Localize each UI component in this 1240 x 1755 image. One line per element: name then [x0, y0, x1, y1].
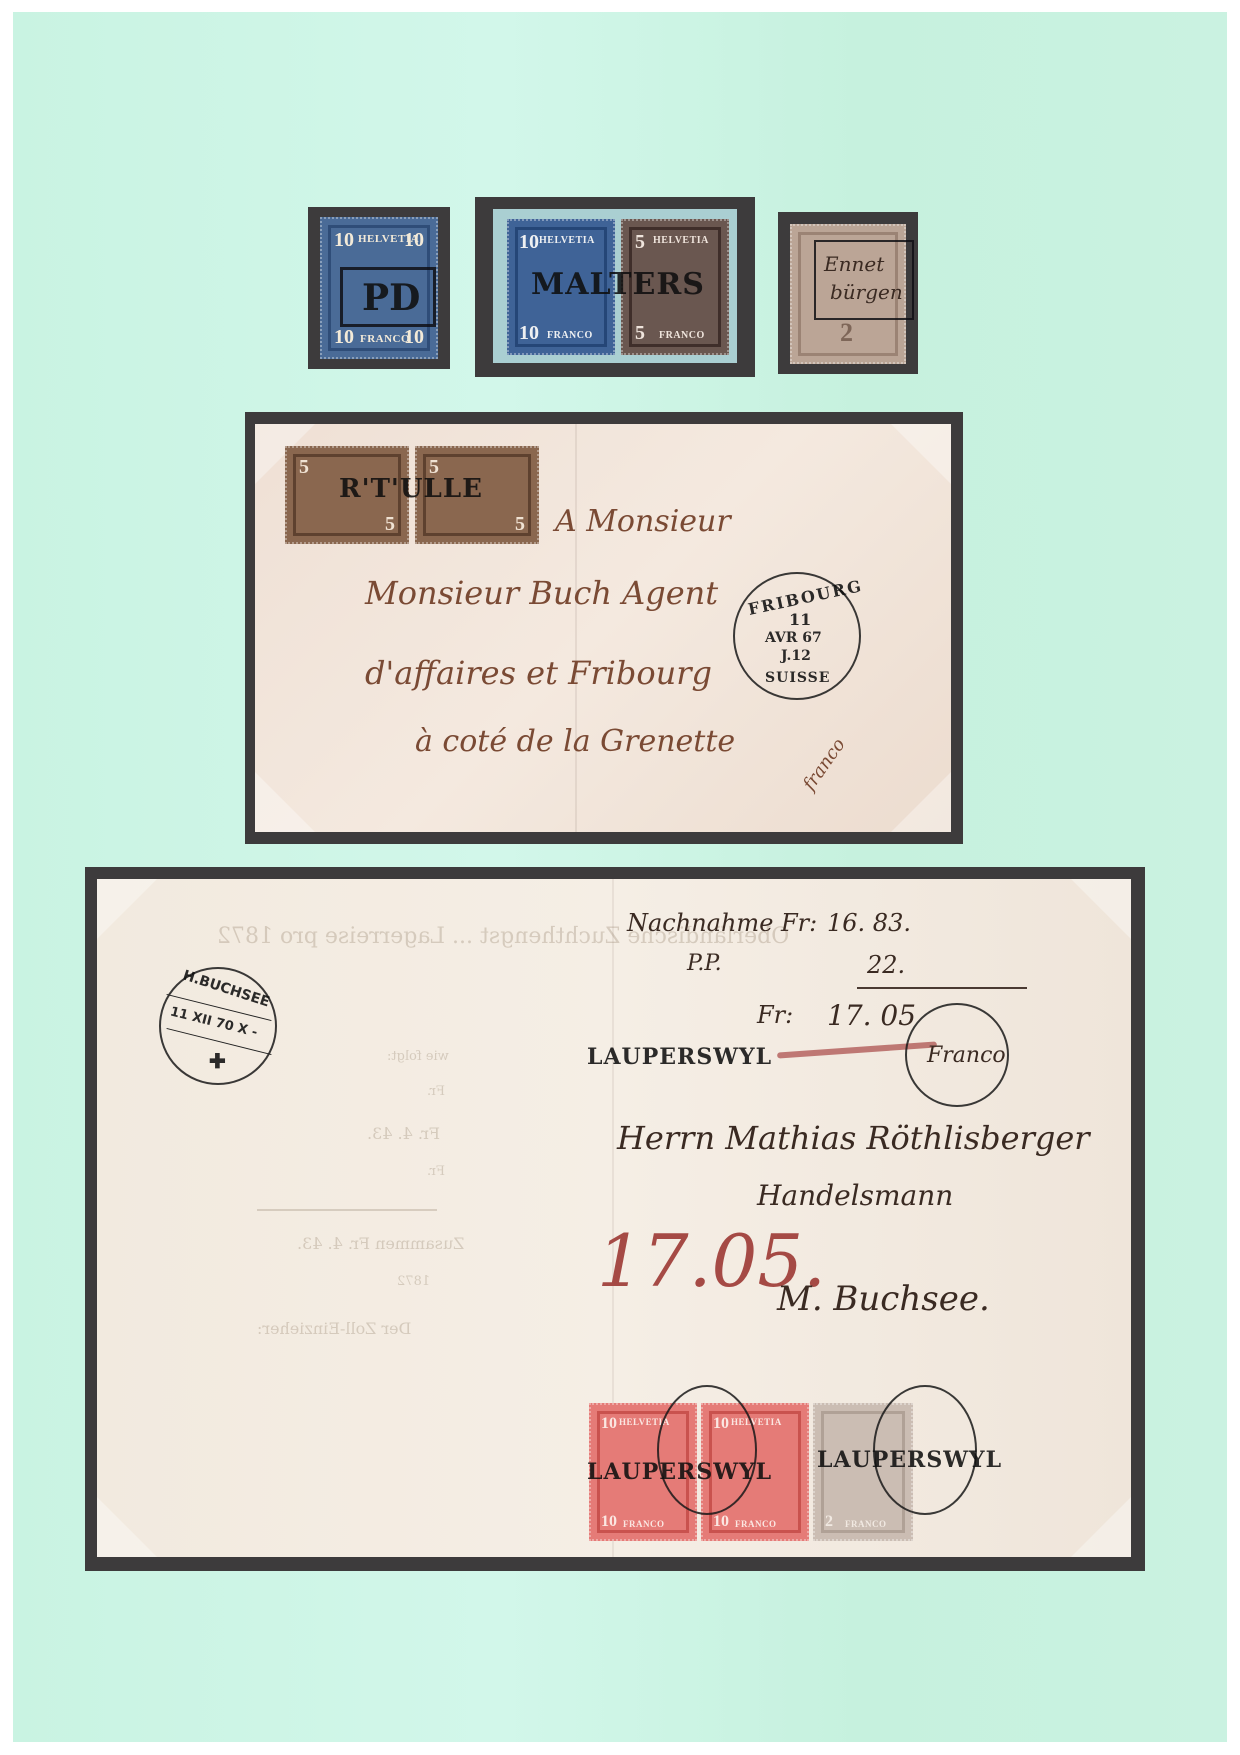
- mount-corner: [97, 879, 157, 939]
- stamp-franco: FRANCO: [845, 1519, 887, 1529]
- nachnahme-amount: 16. 83.: [827, 909, 911, 937]
- pp-amount: 22.: [867, 951, 905, 979]
- postmark-month-year: AVR 67: [765, 630, 822, 646]
- total-amount: 17. 05: [827, 999, 916, 1032]
- cover-2-mount: Oberländische Zuchthengst ... Lagerreise…: [85, 867, 1145, 1571]
- stamp-postmark-1: [657, 1385, 757, 1515]
- address-line-4: à coté de la Grenette: [415, 724, 735, 759]
- stamp-mount-1: 10 10 HELVETIA 10 10 FRANCO PD: [308, 207, 450, 369]
- stamp-value: 5: [635, 231, 645, 254]
- postmark-country: SUISSE: [765, 670, 830, 686]
- mount-corner: [97, 1497, 157, 1557]
- form-rule: [257, 1209, 437, 1211]
- stamp-franco: FRANCO: [735, 1519, 777, 1529]
- lauperswyl-cancel: LAUPERSWYL: [587, 1044, 772, 1070]
- address-line-3: M. Buchsee.: [777, 1279, 990, 1319]
- buchsee-postmark: H.BUCHSEE 11 XII 70 X - ✚: [159, 967, 277, 1085]
- mount-corner: [255, 772, 315, 832]
- franco-annotation: Franco: [927, 1043, 1006, 1068]
- form-line-7: Der Zoll-Einzieher:: [257, 1319, 411, 1338]
- stamp-cancel-2: LAUPERSWYL: [817, 1447, 1002, 1473]
- stamp-value-tl: 10: [334, 229, 354, 252]
- pp-label: P.P.: [687, 951, 722, 976]
- postmark-town: H.BUCHSEE: [181, 967, 272, 1010]
- mount-corner: [1071, 879, 1131, 939]
- stamp-value-bl: 10: [334, 326, 354, 349]
- form-line-2: Fr.: [427, 1084, 445, 1099]
- form-line-3: Fr. 4. 43.: [367, 1124, 440, 1143]
- mount-corner: [1071, 1497, 1131, 1557]
- sum-rule: [857, 987, 1027, 989]
- stamp-grey-2: 2 Ennet bürgen: [790, 224, 906, 364]
- cover-1-mount: 5 5 5 5 R'T'ULLE A Monsieur Monsieur Buc…: [245, 412, 963, 844]
- fribourg-postmark: FRIBOURG 11 AVR 67 J.12 SUISSE: [733, 572, 861, 700]
- address-line-2: Monsieur Buch Agent: [365, 574, 718, 612]
- address-line-1: A Monsieur: [555, 504, 731, 539]
- stamp-country: HELVETIA: [358, 233, 419, 245]
- cover-1: 5 5 5 5 R'T'ULLE A Monsieur Monsieur Buc…: [255, 424, 951, 832]
- stamp-mount-3: 2 Ennet bürgen: [778, 212, 918, 374]
- swiss-cross-icon: ✚: [209, 1049, 226, 1073]
- stamp-country: HELVETIA: [539, 235, 595, 246]
- stamp-value: 5: [385, 513, 395, 536]
- form-line-1: wie folgt:: [387, 1049, 449, 1064]
- form-line-5: Zusammen Fr. 4. 43.: [297, 1234, 464, 1253]
- address-line-1: Herrn Mathias Röthlisberger: [617, 1119, 1090, 1157]
- pd-cancel: PD: [362, 277, 420, 319]
- stamp-franco: FRANCO: [623, 1519, 665, 1529]
- stamp-value: 10: [601, 1415, 617, 1433]
- mount-corner: [891, 424, 951, 484]
- postmark-date: 11 XII 70 X -: [169, 1004, 259, 1040]
- stamp-value: 5: [515, 513, 525, 536]
- stamp-value: 10: [519, 322, 539, 345]
- fold-line: [575, 424, 577, 832]
- stamp-value: 5: [635, 322, 645, 345]
- stamp-value: 2: [825, 1513, 833, 1531]
- stamp-country: HELVETIA: [653, 235, 709, 246]
- stamp-value: 2: [840, 318, 853, 348]
- franco-annotation: franco: [799, 735, 850, 795]
- stamp-blue-10: 10 10 HELVETIA 10 10 FRANCO PD: [320, 217, 438, 359]
- address-line-3: d'affaires et Fribourg: [365, 654, 712, 692]
- malters-cancel: MALTERS: [531, 267, 705, 302]
- postmark-time: J.12: [781, 648, 811, 664]
- stamp-franco: FRANCO: [659, 330, 705, 341]
- stamp-value: 10: [713, 1513, 729, 1531]
- nachnahme-label: Nachnahme Fr:: [627, 909, 817, 937]
- stamp-value: 5: [299, 456, 309, 479]
- form-line-4: Fr.: [427, 1164, 445, 1179]
- cancel-line-2: bürgen: [830, 280, 903, 304]
- mount-corner: [891, 772, 951, 832]
- stamp-mount-2: 10 HELVETIA 10 FRANCO 5 HELVETIA 5 FRANC…: [475, 197, 755, 377]
- album-page: 10 10 HELVETIA 10 10 FRANCO PD 10 HELVET…: [13, 12, 1227, 1742]
- cancel-line-1: Ennet: [824, 252, 884, 276]
- stamp-value: 10: [601, 1513, 617, 1531]
- stamp-franco: FRANCO: [360, 333, 410, 345]
- rtulle-cancel: R'T'ULLE: [339, 474, 483, 504]
- form-line-6: 1872: [397, 1274, 430, 1289]
- address-line-2: Handelsmann: [757, 1179, 953, 1212]
- stamp-cancel-1: LAUPERSWYL: [587, 1459, 772, 1485]
- cover-2: Oberländische Zuchthengst ... Lagerreise…: [97, 879, 1131, 1557]
- stamp-franco: FRANCO: [547, 330, 593, 341]
- postmark-day: 11: [789, 610, 811, 629]
- stamp-value: 10: [519, 231, 539, 254]
- total-label: Fr:: [757, 1001, 793, 1029]
